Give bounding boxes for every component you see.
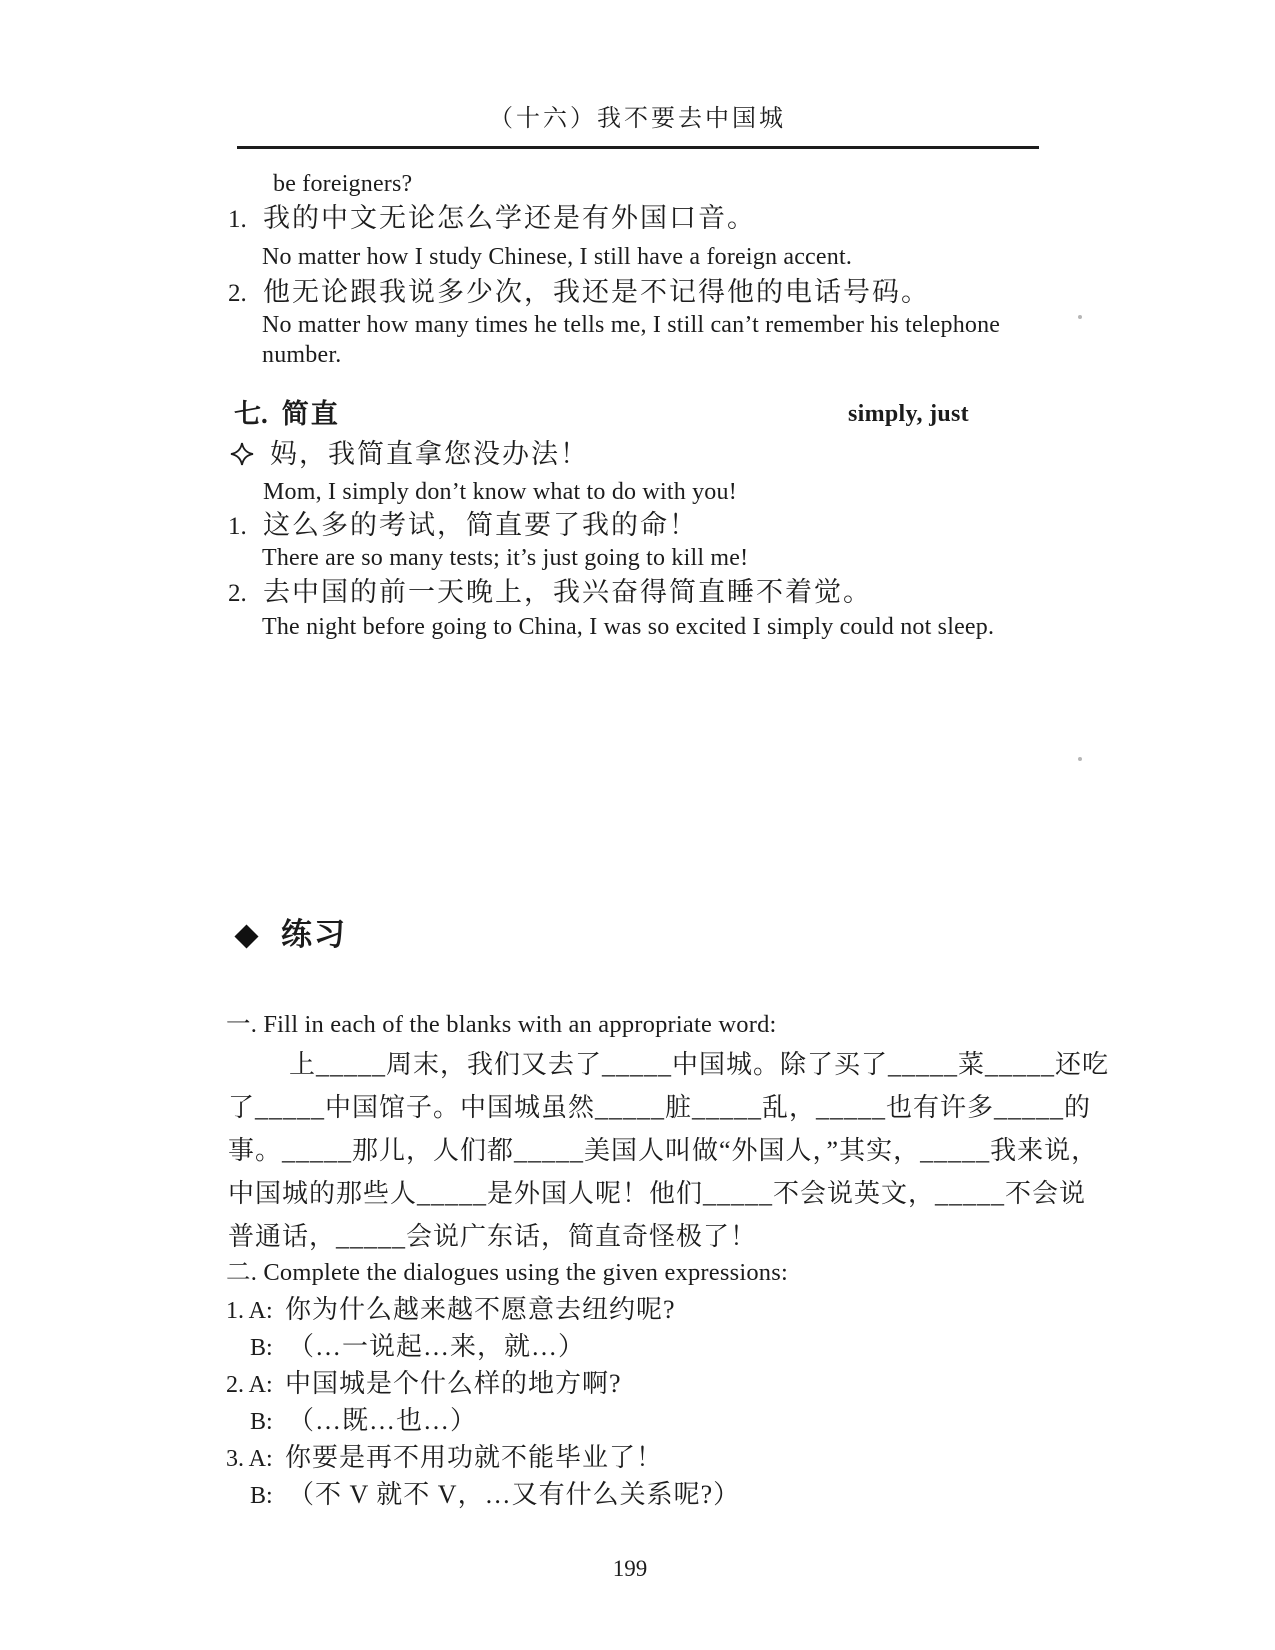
- fill-line-5: 普通话，_____会说广东话，简直奇怪极了！: [228, 1221, 757, 1252]
- grammar-item-1-number: 1.: [228, 512, 263, 542]
- dialogue-2-a: 2. A:中国城是个什么样的地方啊?: [226, 1368, 622, 1400]
- exercises-title: 练习: [281, 917, 347, 952]
- fill-line-1: 上_____周末，我们又去了_____中国城。除了买了_____菜_____还吃: [289, 1049, 1109, 1080]
- dialogue-2-a-label: 2. A:: [226, 1371, 285, 1400]
- textbook-page: （十六）我不要去中国城 be foreigners? 1.我的中文无论怎么学还是…: [0, 0, 1275, 1650]
- dialogue-1-a-text: 你为什么越来越不愿意去纽约呢?: [285, 1295, 676, 1324]
- header-rule: [237, 146, 1039, 149]
- carryover-text: be foreigners?: [273, 170, 412, 199]
- grammar-example-cn: 妈，我简直拿您没办法！: [230, 438, 589, 473]
- page-number: 199: [0, 1556, 1260, 1582]
- exercise-2-heading: 二. Complete the dialogues using the give…: [226, 1258, 788, 1287]
- dialogue-1-b-label: B:: [250, 1334, 288, 1363]
- fill-line-3: 事。_____那儿，人们都_____美国人叫做“外国人，”其实，_____我来说…: [228, 1135, 1098, 1166]
- dialogue-1-a-label: 1. A:: [226, 1297, 285, 1326]
- intro-item-2-en-line2: number.: [262, 341, 341, 370]
- grammar-gloss: simply, just: [848, 400, 969, 429]
- dialogue-3-b-label: B:: [250, 1482, 288, 1511]
- intro-item-2-en-line1: No matter how many times he tells me, I …: [262, 311, 1000, 340]
- dialogue-3-a-label: 3. A:: [226, 1445, 285, 1474]
- exercises-title-row: 练习: [234, 916, 347, 953]
- dialogue-1-b-text: （…一说起…来，就…）: [288, 1332, 585, 1361]
- grammar-item-2-en: The night before going to China, I was s…: [262, 613, 994, 642]
- intro-item-1-en: No matter how I study Chinese, I still h…: [262, 243, 852, 272]
- grammar-heading: 七.简直: [234, 398, 340, 430]
- intro-item-1-cn: 1.我的中文无论怎么学还是有外国口音。: [228, 202, 756, 235]
- dialogue-3-a-text: 你要是再不用功就不能毕业了！: [285, 1443, 663, 1472]
- grammar-item-1-en: There are so many tests; it’s just going…: [262, 544, 748, 573]
- exercise-1-heading: 一. Fill in each of the blanks with an ap…: [226, 1010, 777, 1039]
- dialogue-2-b-label: B:: [250, 1408, 288, 1437]
- dialogue-2-b-text: （…既…也…）: [288, 1406, 477, 1435]
- dialogue-3-b: B:（不 V 就不 V，…又有什么关系呢?）: [250, 1479, 740, 1511]
- dialogue-2-a-text: 中国城是个什么样的地方啊?: [285, 1369, 622, 1398]
- grammar-term: 简直: [282, 399, 340, 429]
- dialogue-1-a: 1. A:你为什么越来越不愿意去纽约呢?: [226, 1294, 676, 1326]
- dialogue-3-a: 3. A:你要是再不用功就不能毕业了！: [226, 1442, 663, 1474]
- intro-item-2-cn: 2.他无论跟我说多少次，我还是不记得他的电话号码。: [228, 276, 930, 309]
- dialogue-1-b: B:（…一说起…来，就…）: [250, 1331, 585, 1363]
- intro-item-2-chinese: 他无论跟我说多少次，我还是不记得他的电话号码。: [263, 277, 930, 307]
- grammar-number: 七.: [234, 399, 268, 429]
- fill-line-2: 了_____中国馆子。中国城虽然_____脏_____乱，_____也有许多__…: [228, 1092, 1091, 1123]
- grammar-item-2-cn: 2.去中国的前一天晚上，我兴奋得简直睡不着觉。: [228, 576, 872, 609]
- grammar-item-2-chinese: 去中国的前一天晚上，我兴奋得简直睡不着觉。: [263, 577, 872, 607]
- diamond-icon: [234, 924, 258, 948]
- grammar-item-2-number: 2.: [228, 579, 263, 609]
- sparkle-icon: [230, 441, 254, 473]
- fill-line-4: 中国城的那些人_____是外国人呢！他们_____不会说英文，_____不会说: [228, 1178, 1086, 1209]
- scan-speck: [1078, 757, 1082, 761]
- dialogue-3-b-text: （不 V 就不 V，…又有什么关系呢?）: [288, 1480, 740, 1509]
- scan-speck: [1078, 315, 1082, 319]
- grammar-item-1-chinese: 这么多的考试，简直要了我的命！: [263, 510, 698, 540]
- grammar-example-en: Mom, I simply don’t know what to do with…: [263, 478, 737, 507]
- dialogue-2-b: B:（…既…也…）: [250, 1405, 477, 1437]
- intro-item-1-chinese: 我的中文无论怎么学还是有外国口音。: [263, 203, 756, 233]
- grammar-item-1-cn: 1.这么多的考试，简直要了我的命！: [228, 509, 698, 542]
- intro-item-2-number: 2.: [228, 279, 263, 309]
- intro-item-1-number: 1.: [228, 205, 263, 235]
- grammar-example-chinese: 妈，我简直拿您没办法！: [270, 439, 589, 469]
- page-header-title: （十六）我不要去中国城: [0, 98, 1275, 133]
